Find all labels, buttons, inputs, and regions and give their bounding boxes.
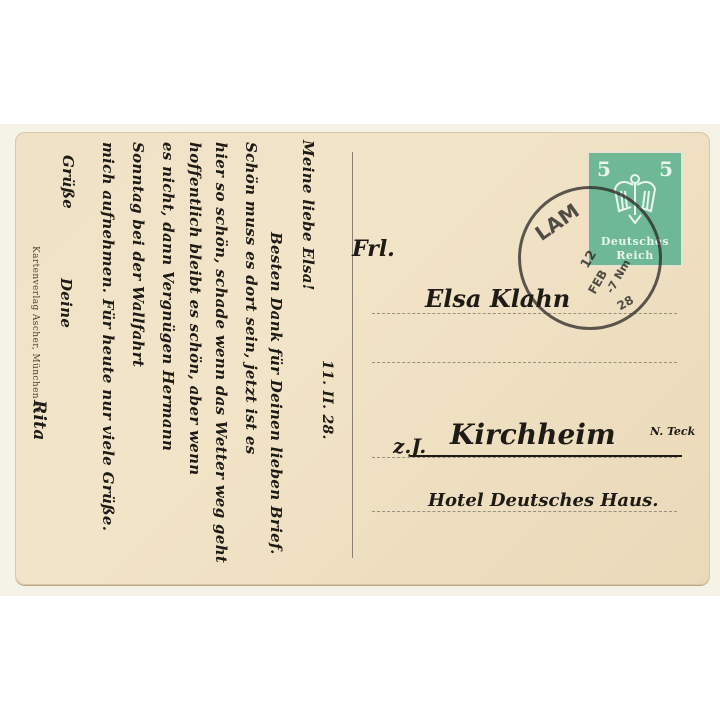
message-line-5: es nicht, dann Vergnügen Hermann <box>160 142 175 451</box>
postage-stamp: 5 5 Deutsches Reich <box>589 153 681 265</box>
center-divider <box>352 152 353 558</box>
message-line-2: Schön muss es dort sein, jetzt ist es <box>243 142 258 455</box>
eagle-icon <box>613 171 657 227</box>
message-line-7: mich aufnehmen. Für heute nur viele Grüß… <box>100 142 115 531</box>
address-title: Frl. <box>352 236 395 262</box>
message-date: 11. II. 28. <box>320 360 334 440</box>
address-line-3 <box>372 457 677 458</box>
address-town: Kirchheim <box>450 418 616 451</box>
message-line-6: Sonntag bei der Wallfahrt <box>130 142 145 367</box>
message-closing: Grüße <box>60 155 75 209</box>
message-line-4: hoffentlich bleibt es schön, aber wenn <box>187 142 202 476</box>
message-sign-off: Deine <box>58 278 73 328</box>
message-salutation: Meine liebe Elsa! <box>300 140 315 291</box>
stamp-value-right: 5 <box>659 157 673 181</box>
address-line-2 <box>372 362 677 363</box>
address-town-note: N. Teck <box>650 425 695 438</box>
message-line-1: Besten Dank für Deinen lieben Brief. <box>268 232 283 555</box>
message-line-3: hier so schön, schade wenn das Wetter we… <box>213 142 228 563</box>
address-line-1 <box>372 313 677 314</box>
stamp-value-left: 5 <box>597 157 611 181</box>
address-street: Hotel Deutsches Haus. <box>428 490 659 511</box>
address-line-4 <box>372 511 677 512</box>
publisher-imprint: Kartenverlag Ascher, München 11 <box>30 246 40 415</box>
stamp-text-line-2: Reich <box>589 249 681 262</box>
town-underline <box>410 455 682 457</box>
stamp-text-line-1: Deutsches <box>589 235 681 248</box>
address-name: Elsa Klahn <box>425 284 570 313</box>
